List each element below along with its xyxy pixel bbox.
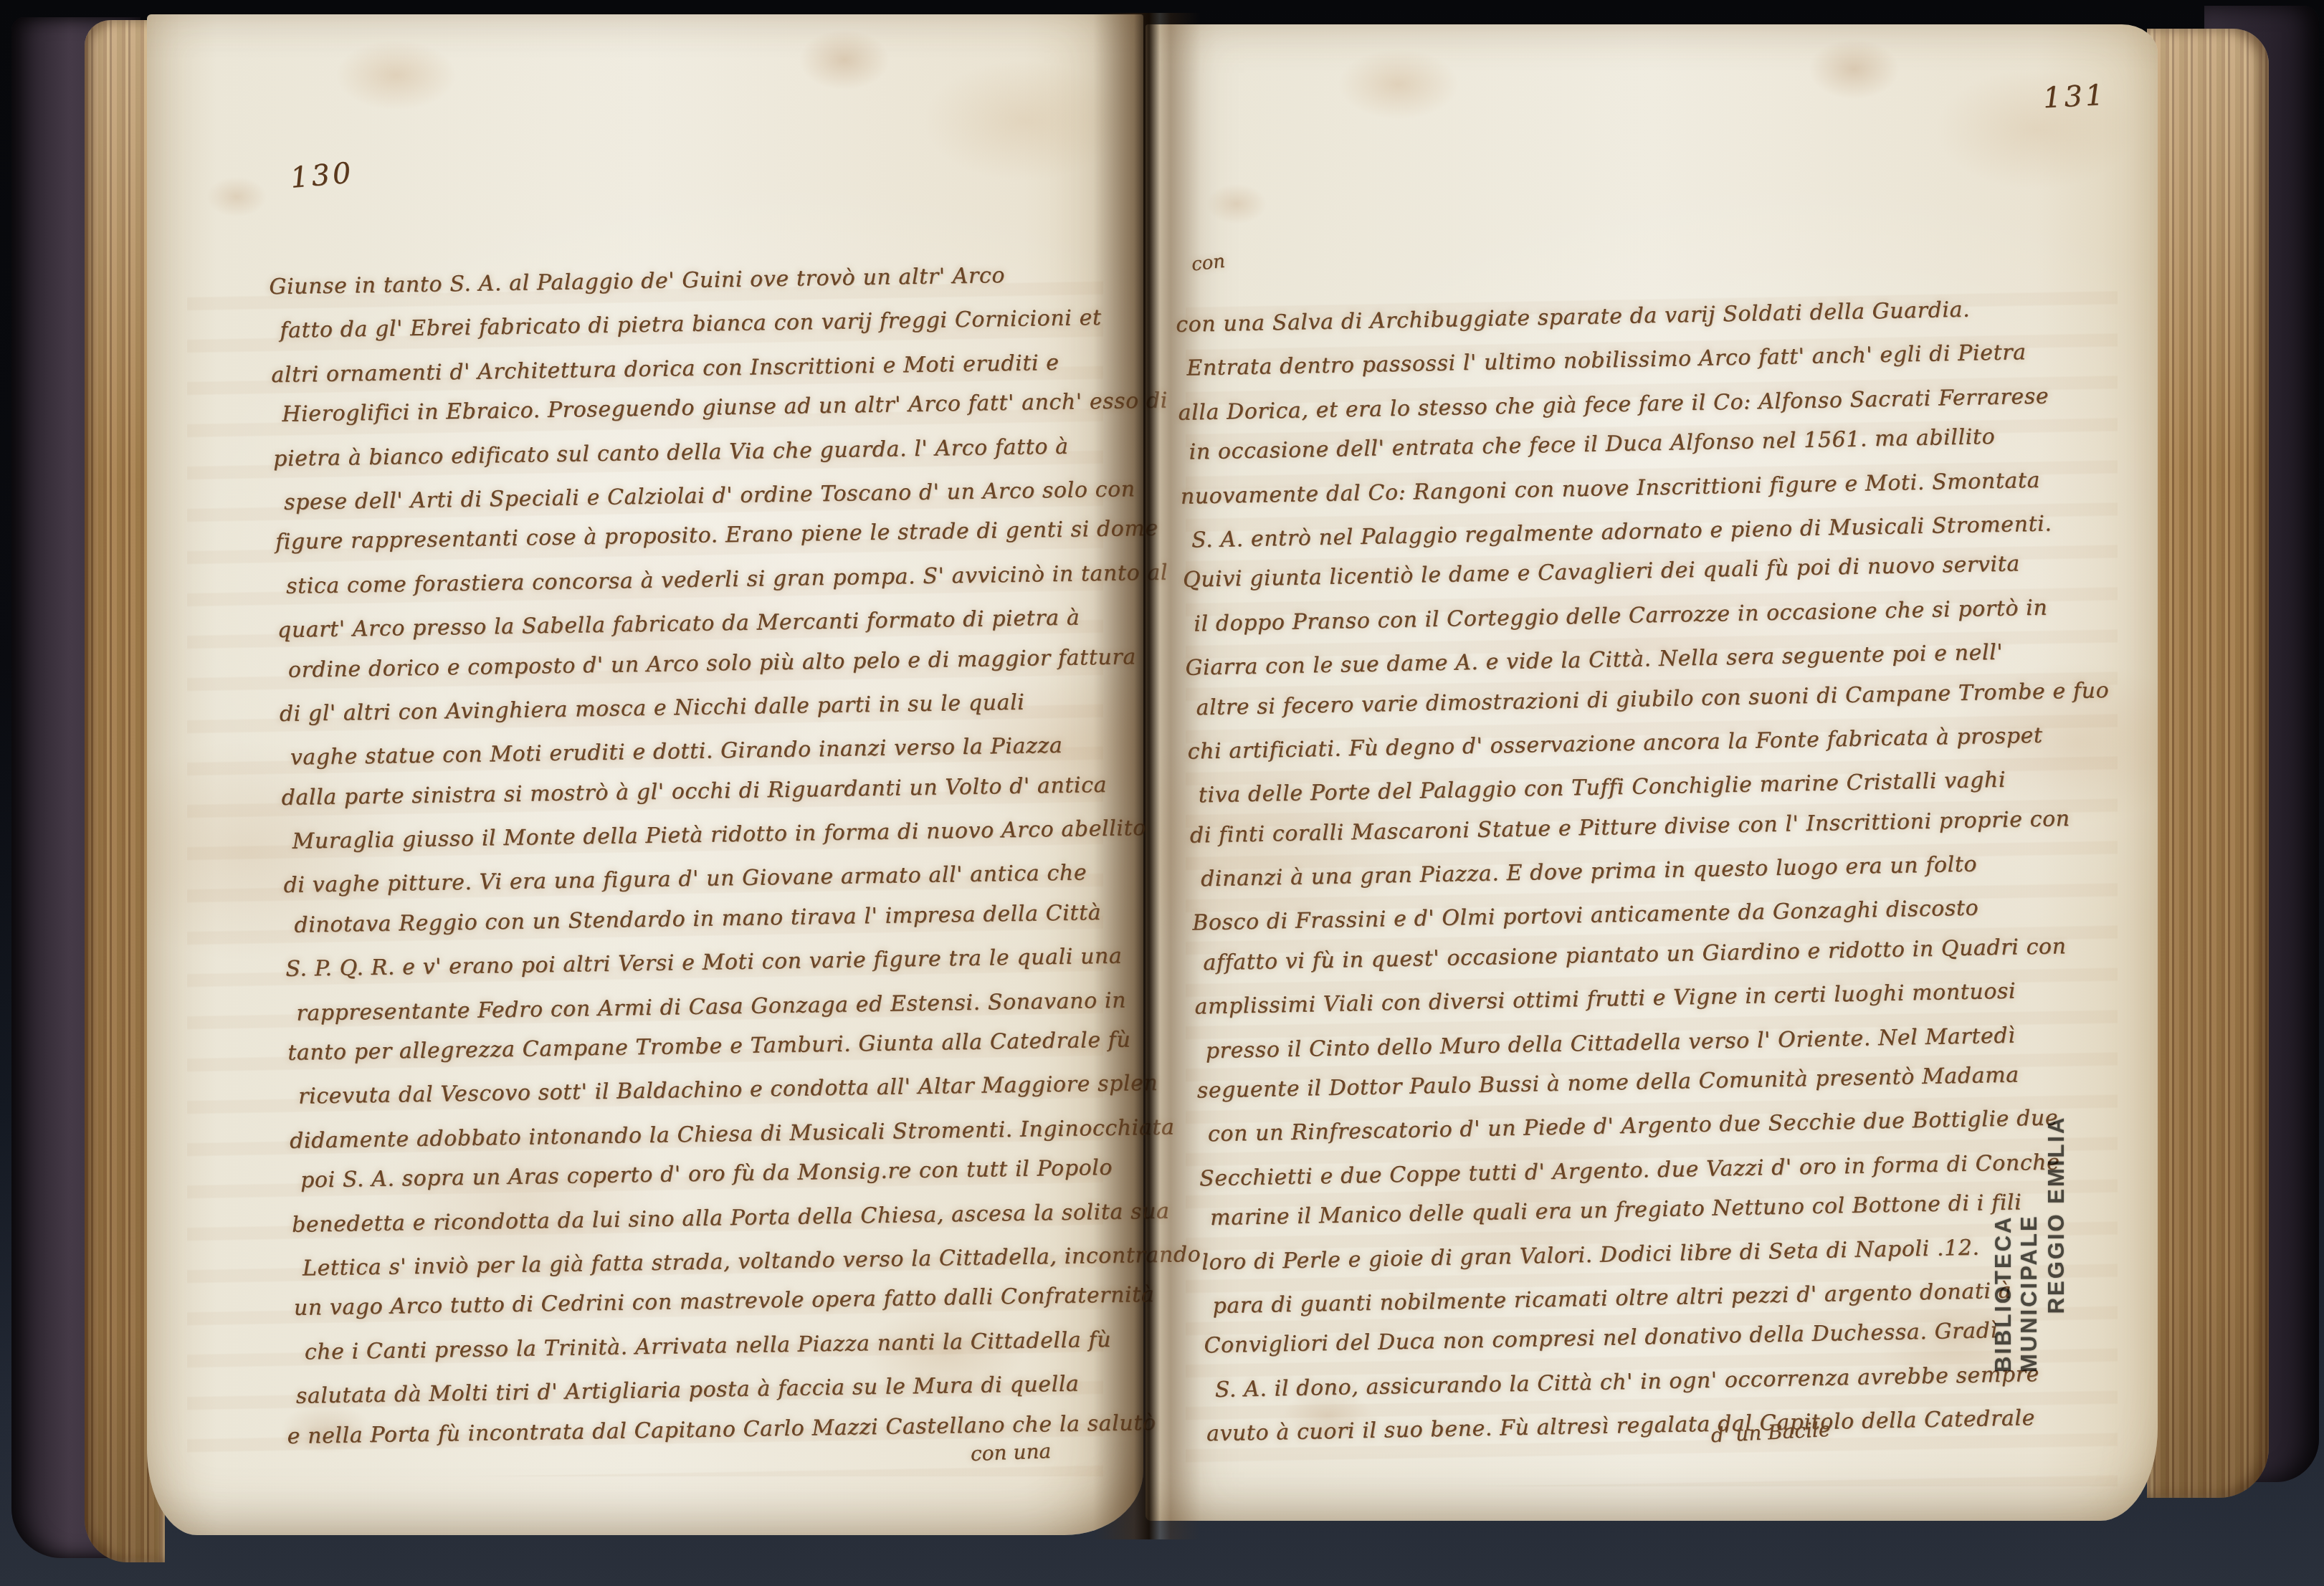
book-photo: 130 131 Giunse in tanto S. A. al Palaggi… [0, 0, 2324, 1586]
right-page-edges [2147, 29, 2269, 1498]
page-number-right: 131 [2042, 79, 2108, 115]
stamp-line-1: BIBLIOTECA MUNICIPALE [1991, 1057, 2042, 1372]
library-stamp: BIBLIOTECA MUNICIPALE REGGIO EMILIA [1999, 1057, 2061, 1372]
stamp-line-2: REGGIO EMILIA [2044, 1116, 2070, 1314]
manuscript-text-left: Giunse in tanto S. A. al Palaggio de' Gu… [269, 254, 1108, 1459]
catchword-right-page-top: con [1191, 251, 1227, 276]
page-number-left: 130 [289, 156, 355, 195]
manuscript-text-right: con una Salva di Archibuggiate sparate d… [1176, 288, 2069, 1454]
